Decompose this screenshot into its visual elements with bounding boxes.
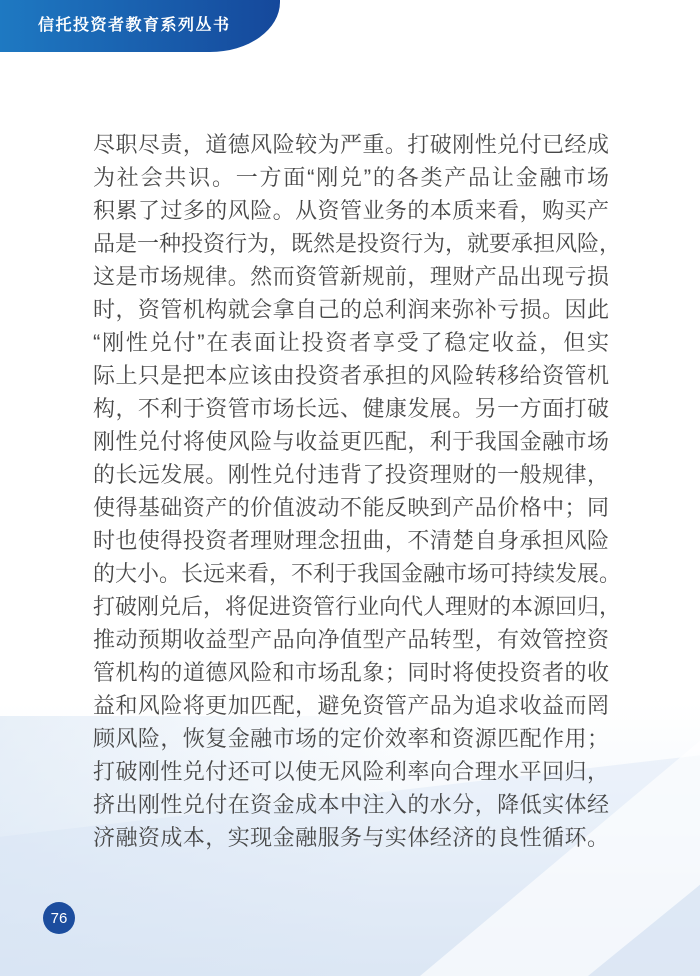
series-title: 信托投资者教育系列丛书 [0,0,280,52]
body-text-block: 尽职尽责，道德风险较为严重。打破刚性兑付已经成为社会共识。一方面“刚兑”的各类产… [93,128,609,854]
text-line: 际上只是把本应该由投资者承担的风险转移给资管机 [93,359,609,392]
text-line: 的大小。长远来看，不利于我国金融市场可持续发展。 [93,557,609,590]
page-number: 76 [51,910,68,927]
text-line: 挤出刚性兑付在资金成本中注入的水分，降低实体经 [93,788,609,821]
text-line: 积累了过多的风险。从资管业务的本质来看，购买产 [93,194,609,227]
page-number-badge: 76 [43,902,75,934]
text-line: 时，资管机构就会拿自己的总利润来弥补亏损。因此 [93,293,609,326]
text-line: 的长远发展。刚性兑付违背了投资理财的一般规律， [93,458,609,491]
text-line: 使得基础资产的价值波动不能反映到产品价格中；同 [93,491,609,524]
text-line: 顾风险，恢复金融市场的定价效率和资源匹配作用； [93,722,609,755]
text-line: 管机构的道德风险和市场乱象；同时将使投资者的收 [93,656,609,689]
text-line: 尽职尽责，道德风险较为严重。打破刚性兑付已经成 [93,128,609,161]
text-line: 打破刚兑后，将促进资管行业向代人理财的本源回归， [93,590,609,623]
text-line: 构，不利于资管市场长远、健康发展。另一方面打破 [93,392,609,425]
paragraph: 尽职尽责，道德风险较为严重。打破刚性兑付已经成为社会共识。一方面“刚兑”的各类产… [93,128,609,854]
text-line: 打破刚性兑付还可以使无风险利率向合理水平回归， [93,755,609,788]
book-page: 信托投资者教育系列丛书 尽职尽责，道德风险较为严重。打破刚性兑付已经成为社会共识… [0,0,700,976]
text-line: 推动预期收益型产品向净值型产品转型，有效管控资 [93,623,609,656]
text-line: 这是市场规律。然而资管新规前，理财产品出现亏损 [93,260,609,293]
text-line: “刚性兑付”在表面让投资者享受了稳定收益，但实 [93,326,609,359]
text-line: 品是一种投资行为，既然是投资行为，就要承担风险， [93,227,609,260]
text-line: 益和风险将更加匹配，避免资管产品为追求收益而罔 [93,689,609,722]
text-line: 济融资成本，实现金融服务与实体经济的良性循环。 [93,821,609,854]
text-line: 为社会共识。一方面“刚兑”的各类产品让金融市场 [93,161,609,194]
header-banner: 信托投资者教育系列丛书 [0,0,280,52]
text-line: 时也使得投资者理财理念扭曲，不清楚自身承担风险 [93,524,609,557]
text-line: 刚性兑付将使风险与收益更匹配，利于我国金融市场 [93,425,609,458]
